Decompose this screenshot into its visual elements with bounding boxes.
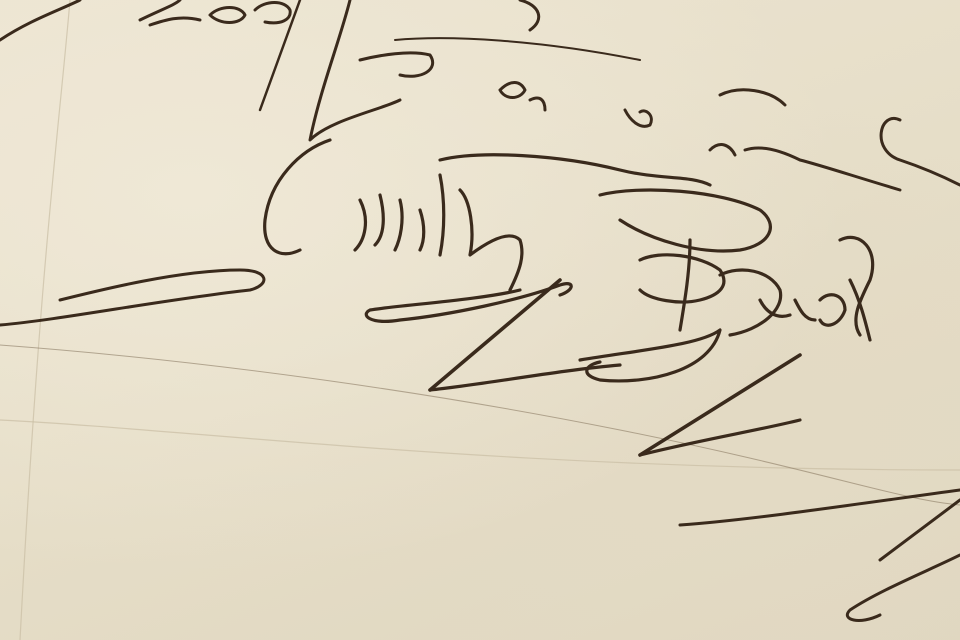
manuscript-drawing	[0, 0, 960, 640]
top-line-handwriting	[0, 0, 960, 190]
left-flourish	[0, 270, 264, 325]
signature-first-name	[265, 140, 710, 390]
paper-crease	[0, 420, 960, 470]
ruled-line	[0, 345, 960, 505]
manuscript-photo: Willm Byrde lord shipps ... to remayne	[0, 0, 960, 640]
lower-right-strokes	[680, 490, 960, 620]
signature-surname	[580, 190, 873, 455]
